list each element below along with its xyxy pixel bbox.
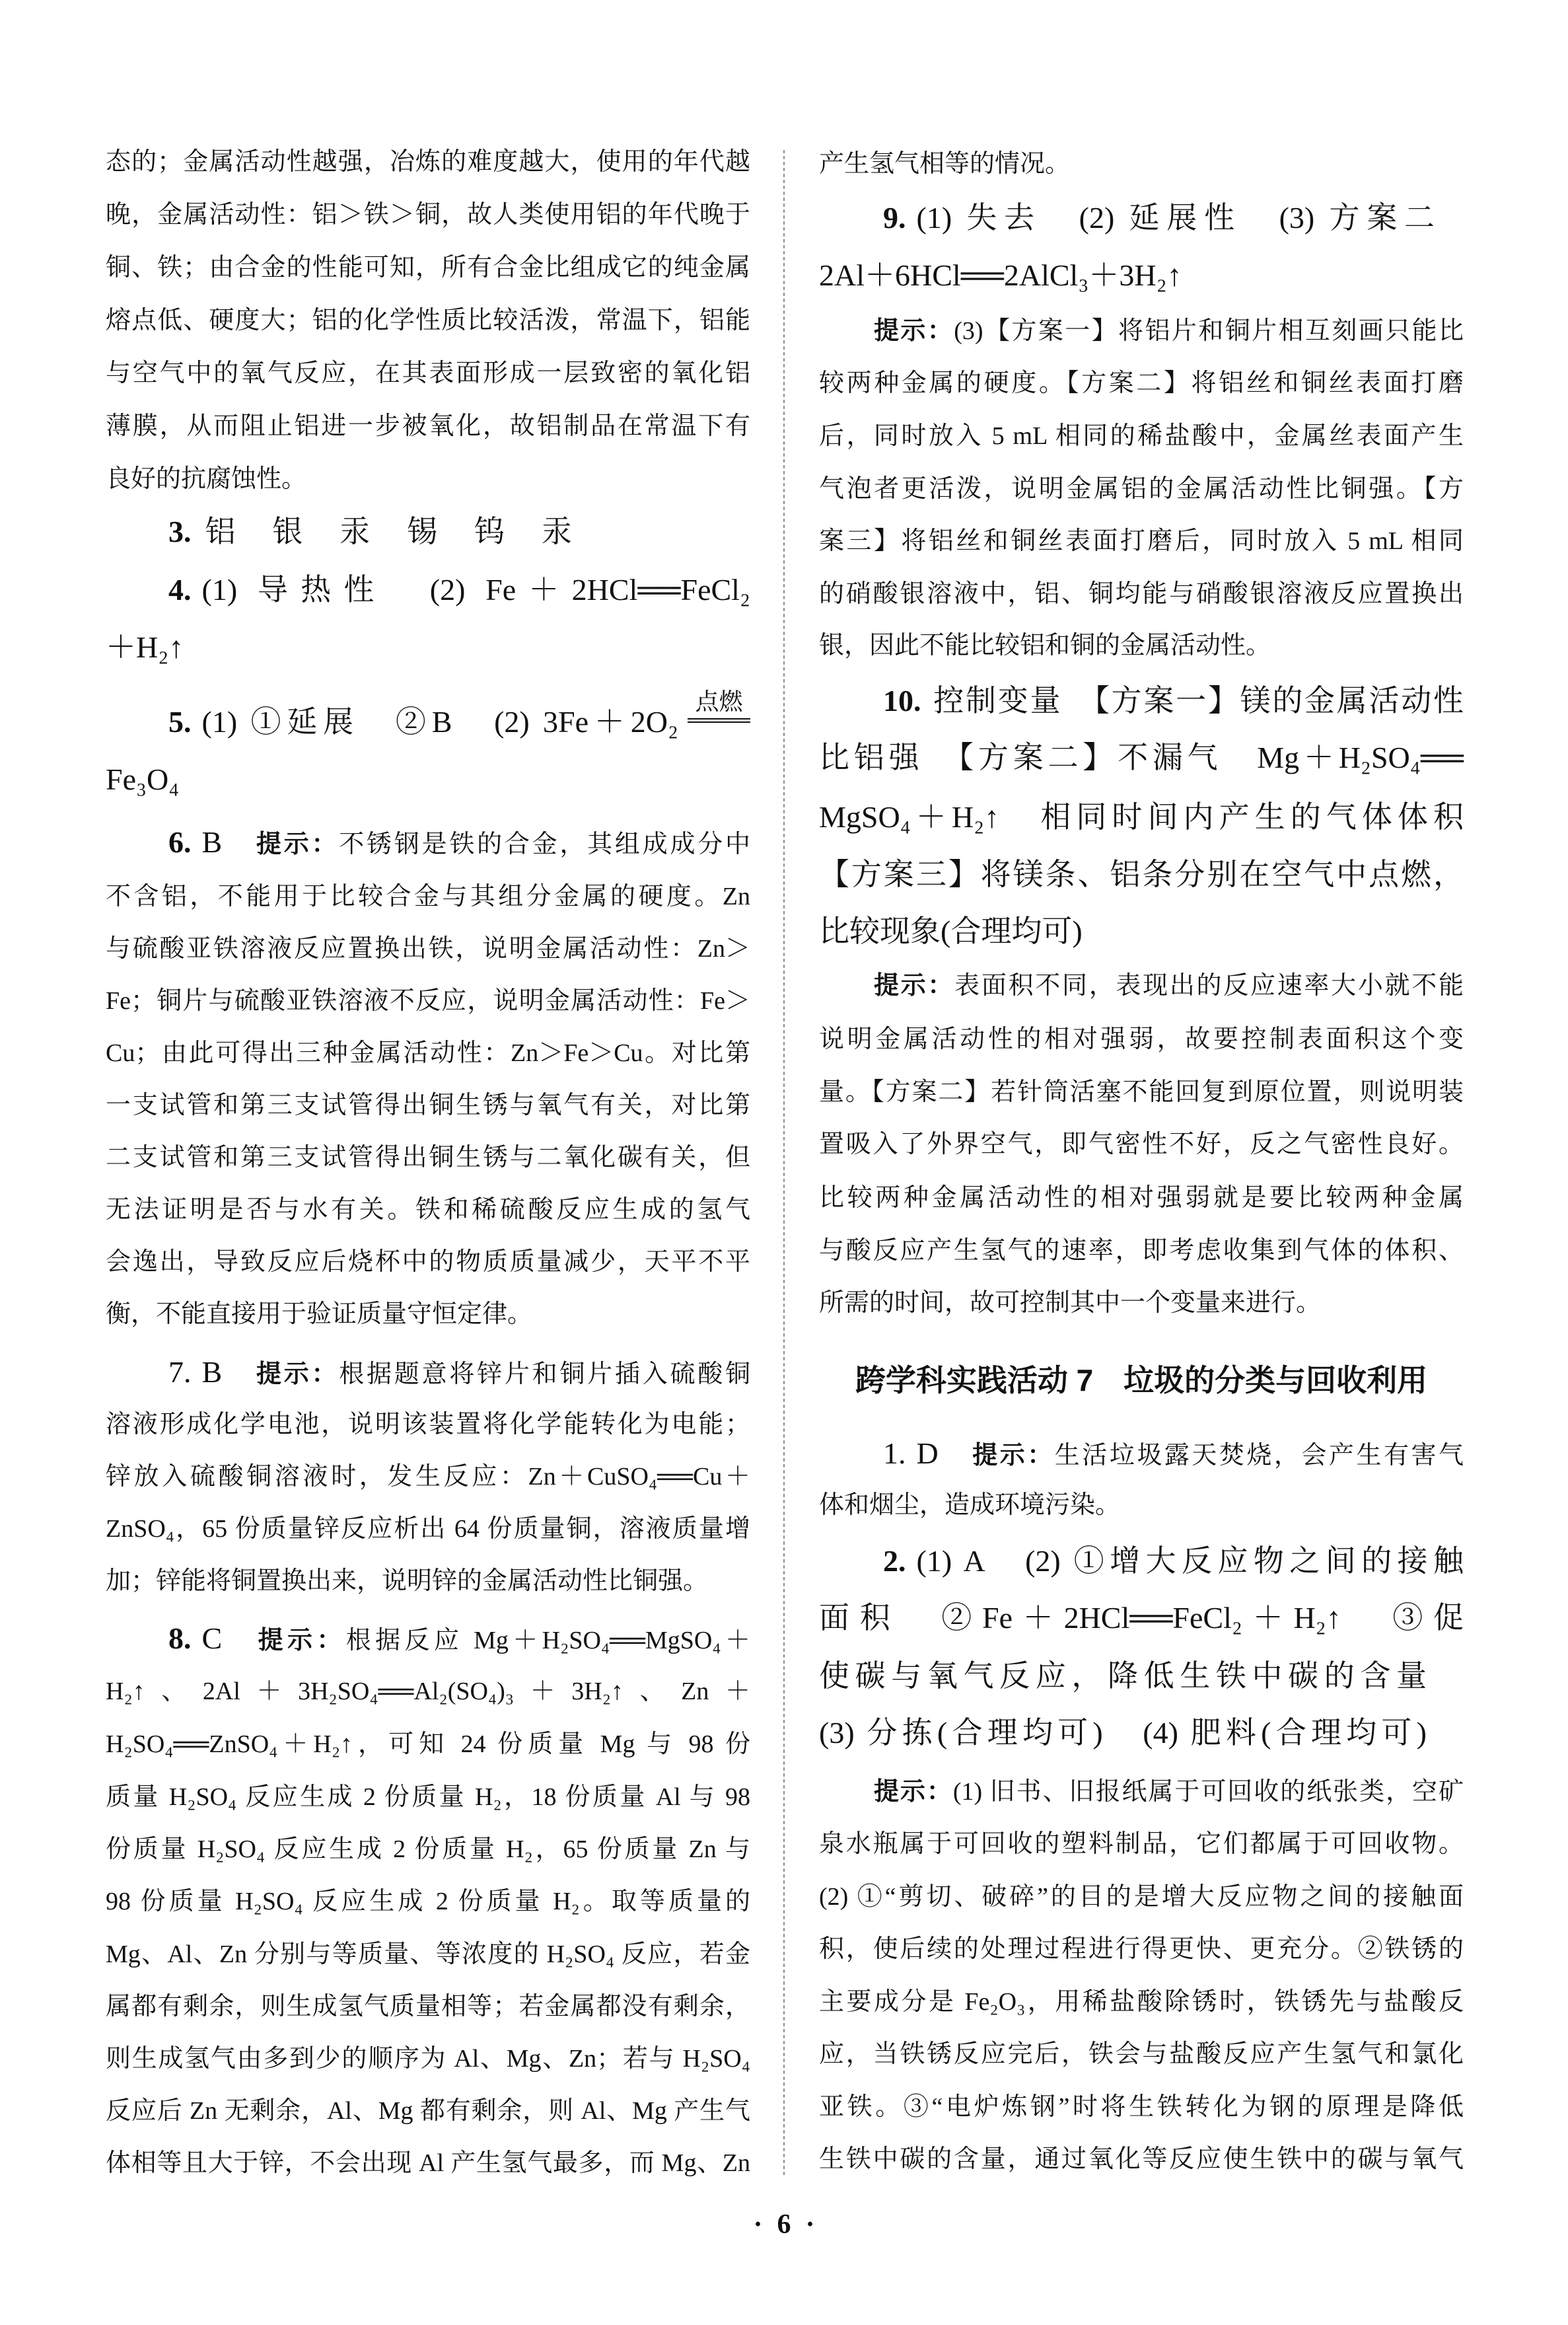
hint-line: 加；锌能将铜置换出来，说明锌的金属活动性比铜强。 bbox=[106, 1555, 750, 1607]
hint-line: 锌放入硫酸铜溶液时，发生反应：Zn＋CuSO₄══Cu＋ bbox=[106, 1450, 750, 1503]
hint-line: 较两种金属的硬度。【方案二】将铝丝和铜丝表面打磨 bbox=[819, 357, 1464, 410]
hint-line: 98 份质量 H₂SO₄ 反应生成 2 份质量 H₂。取等质量的 bbox=[106, 1875, 750, 1928]
text-line: 熔点低、硬度大；铝的化学性质比较活泼，常温下，铝能 bbox=[106, 294, 750, 347]
question-8: 8.C提示：根据反应 Mg＋H₂SO₄══MgSO₄＋ bbox=[106, 1612, 750, 1665]
hint-line: 亚铁。③“电炉炼钢”时将生铁转化为钢的原理是降低 bbox=[819, 2081, 1464, 2133]
hint-line: Mg、Al、Zn 分别与等质量、等浓度的 H₂SO₄ 反应，若金 bbox=[106, 1928, 750, 1981]
question-10: 10.控制变量 【方案一】镁的金属活动性 bbox=[819, 675, 1464, 727]
answer-line: MgSO₄＋H₂↑ 相同时间内产生的气体体积 bbox=[819, 791, 1464, 844]
hint-label: 提示： bbox=[970, 1442, 1055, 1469]
hint-text: (3)【方案一】将铝片和铜片相互刻画只能比 bbox=[954, 317, 1464, 345]
answer-choice: B bbox=[202, 825, 223, 859]
hint-text: 生活垃圾露天焚烧，会产生有害气 bbox=[1055, 1442, 1464, 1469]
hint-line: 体相等且大于锌，不会出现 Al 产生氢气最多，而 Mg、Zn bbox=[106, 2137, 750, 2190]
hint-line: 比较两种金属活动性的相对强弱就是要比较两种金属 bbox=[819, 1171, 1464, 1224]
text-line: 与空气中的氧气反应，在其表面形成一层致密的氧化铝 bbox=[106, 347, 750, 400]
hint-label: 提示： bbox=[254, 1360, 339, 1388]
answer-page: 态的；金属活动性越强，冶炼的难度越大，使用的年代越 晚，金属活动性：铝＞铁＞铜，… bbox=[0, 0, 1568, 2325]
answer-text: (1) 失去 (2) 延展性 (3) 方案二 bbox=[917, 201, 1435, 235]
hint-line: 二支试管和第三支试管得出铜生锈与二氧化碳有关，但 bbox=[106, 1131, 750, 1184]
hint-label: 提示： bbox=[254, 830, 339, 858]
question-number: 1. bbox=[883, 1436, 906, 1470]
answer-text: 控制变量 【方案一】镁的金属活动性 bbox=[932, 684, 1464, 718]
hint-line: 生铁中碳的含量，通过氧化等反应使生铁中的碳与氧气 bbox=[819, 2133, 1464, 2186]
question-1: 1.D提示：生活垃圾露天焚烧，会产生有害气 bbox=[819, 1427, 1464, 1480]
hint-line: 气泡者更活泼，说明金属铝的金属活动性比铜强。【方 bbox=[819, 462, 1464, 515]
hint-line: 量。【方案二】若针筒活塞不能回复到原位置，则说明装 bbox=[819, 1066, 1464, 1119]
question-4: 4.(1) 导热性 (2) Fe＋2HCl══FeCl₂ bbox=[106, 564, 750, 616]
answer-text: 铝 银 汞 锡 钨 汞 bbox=[202, 515, 573, 548]
answer-line: 【方案三】将镁条、铝条分别在空气中点燃， bbox=[819, 848, 1464, 901]
hint-line: 一支试管和第三支试管得出铜生锈与氧气有关，对比第 bbox=[106, 1079, 750, 1132]
page-number-value: 6 bbox=[777, 2209, 791, 2240]
hint-line: H₂SO₄══ZnSO₄＋H₂↑，可知 24 份质量 Mg 与 98 份 bbox=[106, 1718, 750, 1771]
answer-text: (1) 导热性 (2) Fe＋2HCl══FeCl₂ bbox=[202, 573, 751, 607]
hint-line: 与硫酸亚铁溶液反应置换出铁，说明金属活动性：Zn＞ bbox=[106, 922, 750, 975]
hint-line: 与酸反应产生氢气的速率，即考虑收集到气体的体积、 bbox=[819, 1224, 1464, 1277]
text-line: 产生氢气相等的情况。 bbox=[819, 137, 1464, 190]
question-3: 3.铝 银 汞 锡 钨 汞 bbox=[106, 505, 572, 558]
question-number: 3. bbox=[168, 515, 192, 548]
question-number: 10. bbox=[883, 684, 921, 718]
hint-line: Cu；由此可得出三种金属活动性：Zn＞Fe＞Cu。对比第 bbox=[106, 1027, 750, 1080]
answer-text: (1) ①延展 ②B (2) 3Fe＋2O₂ bbox=[202, 705, 679, 739]
question-number: 8. bbox=[168, 1621, 192, 1655]
question-number: 2. bbox=[883, 1544, 906, 1578]
question-number: 4. bbox=[168, 573, 192, 607]
hint-line: 属都有剩余，则生成氢气质量相等；若金属都没有剩余， bbox=[106, 1980, 750, 2033]
answer-text: (1) A (2) ①增大反应物之间的接触 bbox=[917, 1544, 1464, 1578]
hint-label: 提示： bbox=[874, 972, 954, 1000]
hint-line: 提示：(1) 旧书、旧报纸属于可回收的纸张类，空矿 bbox=[819, 1765, 1464, 1818]
hint-text: 表面积不同，表现出的反应速率大小就不能 bbox=[954, 972, 1464, 1000]
hint-line: 质量 H₂SO₄ 反应生成 2 份质量 H₂，18 份质量 Al 与 98 bbox=[106, 1771, 750, 1824]
hint-text: 根据题意将锌片和铜片插入硫酸铜 bbox=[339, 1360, 750, 1388]
question-9: 9.(1) 失去 (2) 延展性 (3) 方案二 bbox=[819, 192, 1435, 244]
question-5: 5.(1) ①延展 ②B (2) 3Fe＋2O₂点燃 bbox=[106, 696, 750, 749]
question-number: 5. bbox=[168, 705, 192, 739]
text-line: 铜、铁；由合金的性能可知，所有合金比组成它的纯金属 bbox=[106, 241, 750, 294]
hint-label: 提示： bbox=[874, 1778, 953, 1806]
hint-line: 说明金属活动性的相对强弱，故要控制表面积这个变 bbox=[819, 1013, 1464, 1066]
hint-line: 提示：(3)【方案一】将铝片和铜片相互刻画只能比 bbox=[819, 305, 1464, 357]
text-line: 良好的抗腐蚀性。 bbox=[106, 453, 750, 505]
hint-line: 反应后 Zn 无剩余，Al、Mg 都有剩余，则 Al、Mg 产生气 bbox=[106, 2085, 750, 2137]
answer-choice: B bbox=[202, 1355, 223, 1389]
hint-line: 银，因此不能比较铝和铜的金属活动性。 bbox=[819, 619, 1464, 672]
hint-line: 案三】将铝丝和铜丝表面打磨后，同时放入 5 mL 相同 bbox=[819, 515, 1464, 568]
hint-line: 置吸入了外界空气，即气密性不好，反之气密性良好。 bbox=[819, 1118, 1464, 1171]
question-6: 6.B提示：不锈钢是铁的合金，其组成成分中 bbox=[106, 816, 750, 869]
question-2: 2.(1) A (2) ①增大反应物之间的接触 bbox=[819, 1535, 1464, 1588]
hint-line: 后，同时放入 5 mL 相同的稀盐酸中，金属丝表面产生 bbox=[819, 410, 1464, 462]
question-number: 7. bbox=[168, 1355, 192, 1389]
hint-line: 应，当铁锈反应完后，铁会与盐酸反应产生氢气和氯化 bbox=[819, 2028, 1464, 2081]
section-title: 跨学科实践活动 7 垃圾的分类与回收利用 bbox=[819, 1354, 1464, 1407]
hint-label: 提示： bbox=[254, 1627, 346, 1654]
answer-line: Fe₃O₄ bbox=[106, 753, 750, 806]
answer-choice: C bbox=[202, 1621, 223, 1655]
text-line: 晚，金属活动性：铝＞铁＞铜，故人类使用铝的年代晚于 bbox=[106, 188, 750, 241]
question-number: 6. bbox=[168, 825, 192, 859]
answer-line: 使碳与氧气反应，降低生铁中碳的含量 bbox=[819, 1650, 1427, 1703]
hint-line: ZnSO₄，65 份质量锌反应析出 64 份质量铜，溶液质量增 bbox=[106, 1502, 750, 1555]
hint-line: 的硝酸银溶液中，铝、铜均能与硝酸银溶液反应置换出 bbox=[819, 568, 1464, 620]
answer-line: 比较现象(合理均可) bbox=[819, 905, 1464, 958]
hint-line: 泉水瓶属于可回收的塑料制品，它们都属于可回收物。 bbox=[819, 1818, 1464, 1870]
column-divider bbox=[783, 150, 785, 2175]
page-number: ·6· bbox=[0, 2205, 1568, 2244]
page-number-dot-right: · bbox=[806, 2209, 815, 2240]
hint-line: 溶液形成化学电池，说明该装置将化学能转化为电能； bbox=[106, 1398, 750, 1451]
hint-text: 根据反应 Mg＋H₂SO₄══MgSO₄＋ bbox=[346, 1627, 750, 1654]
answer-line: 面积 ②Fe＋2HCl══FeCl₂＋H₂↑ ③促 bbox=[819, 1592, 1464, 1644]
answer-line: ＋H₂↑ bbox=[106, 621, 750, 674]
hint-line: 则生成氢气由多到少的顺序为 Al、Mg、Zn；若与 H₂SO₄ bbox=[106, 2032, 750, 2085]
text-line: 态的；金属活动性越强，冶炼的难度越大，使用的年代越 bbox=[106, 135, 750, 188]
answer-choice: D bbox=[917, 1436, 939, 1470]
hint-label: 提示： bbox=[874, 317, 954, 345]
hint-line: 积，使后续的处理过程进行得更快、更充分。②铁锈的 bbox=[819, 1923, 1464, 1975]
hint-line: 不含铝，不能用于比较合金与其组分金属的硬度。Zn bbox=[106, 870, 750, 923]
hint-line: Fe；铜片与硫酸亚铁溶液不反应，说明金属活动性：Fe＞ bbox=[106, 975, 750, 1027]
hint-text: 不锈钢是铁的合金，其组成成分中 bbox=[339, 830, 750, 858]
hint-line: 衡，不能直接用于验证质量守恒定律。 bbox=[106, 1288, 750, 1341]
hint-line: 无法证明是否与水有关。铁和稀硫酸反应生成的氢气 bbox=[106, 1183, 750, 1236]
reaction-condition-label: 点燃 bbox=[695, 690, 742, 714]
hint-line: H₂↑、2Al＋3H₂SO₄══Al₂(SO₄)₃＋3H₂↑、Zn＋ bbox=[106, 1665, 750, 1718]
hint-line: (2) ①“剪切、破碎”的目的是增大反应物之间的接触面 bbox=[819, 1870, 1464, 1923]
answer-line: (3) 分拣(合理均可) (4) 肥料(合理均可) bbox=[819, 1707, 1427, 1759]
hint-line: 份质量 H₂SO₄ 反应生成 2 份质量 H₂，65 份质量 Zn 与 bbox=[106, 1823, 750, 1876]
page-number-dot-left: · bbox=[753, 2209, 762, 2240]
text-line: 薄膜，从而阻止铝进一步被氧化，故铝制品在常温下有 bbox=[106, 400, 750, 453]
hint-line: 所需的时间，故可控制其中一个变量来进行。 bbox=[819, 1276, 1464, 1329]
hint-text: (1) 旧书、旧报纸属于可回收的纸张类，空矿 bbox=[953, 1778, 1464, 1806]
answer-line: 比铝强 【方案二】不漏气 Mg＋H₂SO₄══ bbox=[819, 731, 1464, 784]
hint-line: 会逸出，导致反应后烧杯中的物质质量减少，天平不平 bbox=[106, 1236, 750, 1288]
hint-line: 主要成分是 Fe₂O₃，用稀盐酸除锈时，铁锈先与盐酸反 bbox=[819, 1975, 1464, 2028]
reaction-equals-sign: 点燃 bbox=[688, 718, 750, 723]
question-7: 7.B提示：根据题意将锌片和铜片插入硫酸铜 bbox=[106, 1346, 750, 1399]
question-number: 9. bbox=[883, 201, 906, 235]
answer-line: 2Al＋6HCl══2AlCl₃＋3H₂↑ bbox=[819, 249, 1464, 302]
hint-line: 体和烟尘，造成环境污染。 bbox=[819, 1479, 1464, 1532]
hint-line: 提示：表面积不同，表现出的反应速率大小就不能 bbox=[819, 959, 1464, 1012]
